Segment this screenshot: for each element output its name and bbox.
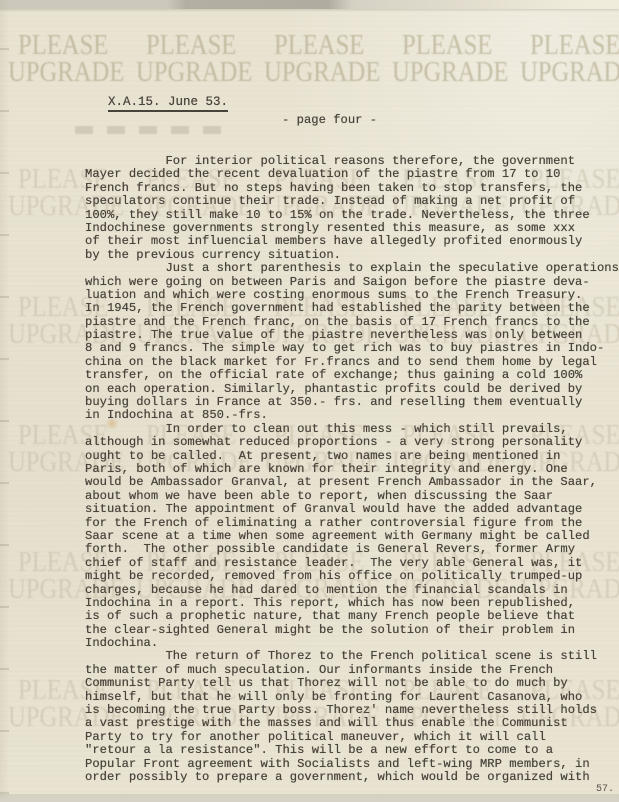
- document-line: For interior political reasons therefore…: [85, 155, 619, 168]
- document-line: forth. The other possible candidate is G…: [85, 543, 619, 556]
- document-line: the clear-sighted General might be the s…: [85, 624, 619, 637]
- document-line: In 1945, the French government had estab…: [85, 302, 619, 315]
- document-reference: X.A.15. June 53.: [108, 95, 228, 112]
- document-line: might be recorded, removed from his offi…: [85, 570, 619, 583]
- watermark-word: UPGRADE: [264, 59, 380, 87]
- document-line: by the previous currency situation.: [85, 249, 619, 262]
- document-line: charges, because he had dared to mention…: [85, 584, 619, 597]
- document-line: In order to clean out this mess - which …: [85, 423, 619, 436]
- document-line: Popular Front agreement with Socialists …: [85, 758, 619, 771]
- document-line: is becoming the true Party boss. Thorez'…: [85, 704, 619, 717]
- document-line: the matter of much speculation. Our info…: [85, 664, 619, 677]
- document-line: Mayer decided the recent devaluation of …: [85, 168, 619, 181]
- page-label: - page four -: [282, 113, 377, 127]
- document-line: "retour a la resistance". This will be a…: [85, 744, 619, 757]
- document-line: order possibly to prepare a government, …: [85, 771, 619, 784]
- document-line: piastre and the French franc, on the bas…: [85, 316, 619, 329]
- document-line: which were going on between Paris and Sa…: [85, 276, 619, 289]
- watermark-word: UPGRADE: [392, 59, 508, 87]
- scan-edge-top: [0, 0, 619, 9]
- document-line: 8 and 9 francs. The simple way to get ri…: [85, 342, 619, 355]
- scanned-document-page: PLEASEUPGRADEPLEASEUPGRADEPLEASEUPGRADEP…: [0, 0, 619, 802]
- watermark-word: PLEASE: [274, 32, 364, 60]
- document-line: is of such a prophetic nature, that many…: [85, 610, 619, 623]
- document-line: Indochinese governments strongly resente…: [85, 222, 619, 235]
- watermark-word: PLEASE: [18, 32, 108, 60]
- watermark-word: PLEASE: [530, 32, 619, 60]
- scan-edge-bottom: [0, 794, 619, 802]
- document-line: on each operation. Similarly, phantastic…: [85, 383, 619, 396]
- document-line: transfer, on the official rate of exchan…: [85, 369, 619, 382]
- document-line: Saar scene at a time when some agreement…: [85, 530, 619, 543]
- document-line: would be Ambassador Granval, at present …: [85, 476, 619, 489]
- document-line: French francs. But no steps having been …: [85, 182, 619, 195]
- document-line: although in somewhat reduced proportions…: [85, 436, 619, 449]
- page-number: 57.: [596, 784, 614, 795]
- document-line: for the French of eliminating a rather c…: [85, 517, 619, 530]
- document-line: of their most influencial members have a…: [85, 235, 619, 248]
- document-line: Paris, both of which are known for their…: [85, 463, 619, 476]
- scan-edge-left-marks: [0, 0, 9, 802]
- document-line: about whom we have been able to report, …: [85, 490, 619, 503]
- watermark-word: UPGRADE: [8, 59, 124, 87]
- document-line: Indochina in a report. This report, whic…: [85, 597, 619, 610]
- pencil-smudge: [75, 126, 227, 134]
- document-line: Just a short parenthesis to explain the …: [85, 262, 619, 275]
- document-line: a vast prestige with the masses and will…: [85, 717, 619, 730]
- document-line: Party to try for another political maneu…: [85, 731, 619, 744]
- document-line: piastre. The true value of the piastre n…: [85, 329, 619, 342]
- document-body: For interior political reasons therefore…: [85, 155, 619, 791]
- document-line: himself, but that he will only be fronti…: [85, 691, 619, 704]
- document-line: speculators continue their trade. Instea…: [85, 195, 619, 208]
- document-line: The return of Thorez to the French polit…: [85, 650, 619, 663]
- document-line: china on the black market for Fr.francs …: [85, 356, 619, 369]
- document-line: Indochina.: [85, 637, 619, 650]
- document-line: situation. The appointment of Granval wo…: [85, 503, 619, 516]
- document-line: luation and which were costing enormous …: [85, 289, 619, 302]
- document-line: Communist Party tell us that Thorez will…: [85, 677, 619, 690]
- document-line: in Indochina at 850.-frs.: [85, 409, 619, 422]
- watermark-word: UPGRADE: [136, 59, 252, 87]
- document-line: buying dollars in France at 350.- frs. a…: [85, 396, 619, 409]
- watermark-word: UPGRADE: [520, 59, 619, 87]
- document-line: ought to be called. At present, two name…: [85, 450, 619, 463]
- document-line: chief of staff and resistance leader. Th…: [85, 557, 619, 570]
- watermark-word: PLEASE: [146, 32, 236, 60]
- document-line: 100%, they still make 10 to 15% on the t…: [85, 209, 619, 222]
- watermark-word: PLEASE: [402, 32, 492, 60]
